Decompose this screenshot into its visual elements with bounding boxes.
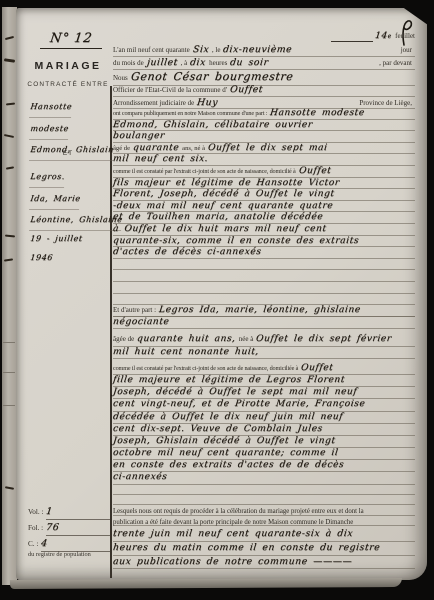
folio-label: Fol. : [28,524,43,532]
printed-text: , à [181,59,188,67]
bride-domicile-line: comme il est constaté par l'extrait ci-j… [113,363,415,375]
printed-text: , le [212,46,221,54]
handwritten-line: décédée à Ouffet le dix neuf juin mil ne… [112,412,343,422]
handwritten-fill: Ouffet [301,363,335,373]
handwritten-fill: dix [190,57,207,68]
blank-ruled-line [113,270,415,282]
blank-ruled-line [113,485,415,495]
handwritten-line: fils majeur et légitime de Hansotte Vict… [112,178,340,188]
handwritten-line: cent vingt-neuf, et de Pirotte Marie, Fr… [112,399,366,409]
handwritten-line: trente juin mil neuf cent quarante-six à… [112,528,353,539]
handwritten-fill: Legros Ida, marie, léontine, ghislaine [158,305,361,315]
handwritten-line: Florent, Joseph, décédé à Ouffet le ving… [112,189,335,199]
printed-text: Arrondissement judiciaire de [113,99,194,107]
printed-text: heures [209,59,227,67]
handwritten-fill: Six [192,44,210,55]
handwritten-line: Joseph, Ghislain décédé à Ouffet le ving… [112,436,336,446]
edge-ink-fragment [4,58,15,63]
printed-closing-line: Lesquels nous ont requis de procéder à l… [113,506,415,517]
printed-text: L'an mil neuf cent quarante [113,46,190,54]
officer-paragraph: Officier de l'Etat-Civil de la commune d… [113,84,415,109]
printed-text: née à [239,335,254,343]
handwritten-line: négociante [112,317,170,327]
handwritten-fill: Genot César bourgmestre [130,70,294,83]
opening-line-2: du mois de juillet , à dix heures du soi… [113,57,415,70]
edge-ruled-line [3,342,15,343]
marriage-date-line: 1946 [29,253,57,266]
folio-line: 14e feuillet [113,31,415,42]
blank-ruled-line [113,282,415,294]
et-label: ET [24,150,112,157]
volume-value: 1 [46,506,54,517]
edge-ruled-line [3,405,15,406]
handwritten-line: et de Touilhen maria, anatolie décédée [112,212,323,222]
edge-ink-fragment [5,234,15,237]
marriage-title: MARIAGE [24,60,112,72]
blank-ruled-line [113,495,415,505]
previous-page-edge [2,7,17,585]
handwritten-fill: Huy [197,97,219,108]
handwritten-line: à Ouffet le dix huit mars mil neuf cent [112,224,327,234]
handwritten-line: aux publications de notre commune ———— [112,556,353,567]
bride-intro-line: Et d'autre part : Legros Ida, marie, léo… [113,305,415,317]
handwritten-line: Joseph, décédé à Ouffet le sept mai mil … [112,387,357,397]
groom-paragraph: ont comparu publiquement en notre Maison… [113,108,415,317]
handwritten-fill: juillet [146,57,178,68]
handwritten-fill: Ouffet [298,166,332,176]
bride-age-line: âgée de quarante huit ans, née à Ouffet … [113,334,415,346]
act-number-value: 12 [73,31,93,46]
printed-text: Nous [113,74,128,82]
edge-ink-fragment [4,258,13,261]
bride-paragraph: Et d'autre part : Legros Ida, marie, léo… [113,305,415,526]
edge-ink-fragment [5,36,14,40]
handwritten-line: octobre mil neuf cent quarante; comme il [112,448,339,458]
handwritten-line: -deux mai mil neuf cent quarante quatre [112,201,333,211]
handwritten-line: d'actes de décès ci-annexés [112,247,262,257]
handwritten-fill: Ouffet le dix sept mai [207,143,328,153]
groom-domicile-line: comme il est constaté par l'extrait ci-j… [113,166,415,178]
handwritten-fill: quarante huit ans, [137,334,237,344]
printed-closing-line: publication a été faite devant la porte … [113,517,415,528]
printed-text: Province de Liège, [359,99,412,107]
spouse2-margin-name: Legros.Ida, MarieLéontine, Ghislaine [30,166,108,231]
printed-text: , par devant [379,59,412,67]
groom-intro-line: ont comparu publiquement en notre Maison… [113,108,415,120]
printed-text: Et d'autre part : [113,306,156,314]
handwritten-line: fille majeure et légitime de Legros Flor… [112,375,345,385]
closing-paragraph: Lesquels nous ont requis de procéder à l… [113,506,415,569]
folio-underline [331,41,373,42]
handwritten-fill: Ouffet [229,84,263,95]
opening-paragraph: L'an mil neuf cent quarante Six , le dix… [113,44,415,86]
officer-line-1: Officier de l'Etat-Civil de la commune d… [113,84,415,97]
edge-ink-fragment [5,486,14,490]
registry-folio-row: Fol. : 76 [28,517,110,533]
printed-text: ont comparu publiquement en notre Maison… [113,110,267,117]
page-stack-edge [10,578,402,589]
handwritten-line: mil neuf cent six. [112,154,208,164]
printed-text: du mois de [113,59,144,67]
handwritten-line: mil huit cent nonante huit, [112,347,259,357]
handwritten-line: cent dix-sept. Veuve de Comblain Jules [112,424,323,434]
margin-name-line: Ida, Marie [29,194,81,210]
registry-volume-row: Vol. : 1 [28,501,110,517]
margin-name-line: Hansotte [29,102,73,118]
blank-ruled-line [113,294,415,306]
edge-ruled-line [3,372,15,373]
handwritten-fill: Ouffet le dix sept février [256,334,393,344]
handwritten-fill: quarante [132,143,179,153]
printed-text: jour [401,46,412,54]
handwritten-line: quarante-six, comme il en conste des ext… [112,236,359,246]
registry-caption: du registre de population [28,551,110,558]
handwritten-fill: dix-neuvième [223,44,293,55]
act-number-label: N° [49,31,71,46]
handwritten-fill: du soir [230,57,270,68]
folio-value: 76 [46,522,61,533]
handwritten-line: ci-annexés [112,472,167,482]
scanned-register-photo: N° 12 MARIAGE CONTRACTÉ ENTRE Hansottemo… [0,0,434,600]
act-number: N° 12 [40,29,102,49]
printed-text: âgé de [113,145,130,152]
edge-ink-fragment [4,134,14,138]
printed-text: comme il est constaté par l'extrait ci-j… [113,168,296,175]
population-registry-refs: Vol. : 1 Fol. : 76 C. : 4 du registre de… [28,501,110,558]
handwritten-fill: Hansotte modeste [270,108,366,118]
groom-age-line: âgé de quarante ans, né à Ouffet le dix … [113,143,415,155]
printed-text: ans, né à [182,145,205,152]
printed-text: Officier de l'Etat-Civil de la commune d… [113,86,227,94]
marriage-date: 19 - juillet1946 [30,228,108,266]
folio-number: 14 [374,31,388,41]
handwritten-line: boulanger [112,131,165,141]
edge-ink-fragment [6,166,14,169]
margin-name-line: modeste [29,124,69,140]
c-value: 4 [41,538,49,549]
margin-name-line: Legros. [29,172,66,188]
registry-c-row: C. : 4 [28,533,110,549]
handwritten-line: heures du matin comme il en conste du re… [112,542,381,553]
handwritten-line: Edmond, Ghislain, célibataire ouvrier [112,120,313,130]
printed-text: âgée de [113,335,134,343]
printed-text: comme il est constaté par l'extrait ci-j… [113,365,298,372]
c-label: C. : [28,540,38,548]
folio-word: feuillet [395,32,415,40]
volume-label: Vol. : [28,508,43,516]
marriage-date-line: 19 - juillet [29,234,83,247]
handwritten-line: en conste des extraits d'actes de de déc… [112,460,344,470]
contracted-between-label: CONTRACTÉ ENTRE [24,81,112,88]
opening-line-1: L'an mil neuf cent quarante Six , le dix… [113,44,415,57]
edge-ink-fragment [6,103,15,106]
blank-ruled-line [113,259,415,271]
